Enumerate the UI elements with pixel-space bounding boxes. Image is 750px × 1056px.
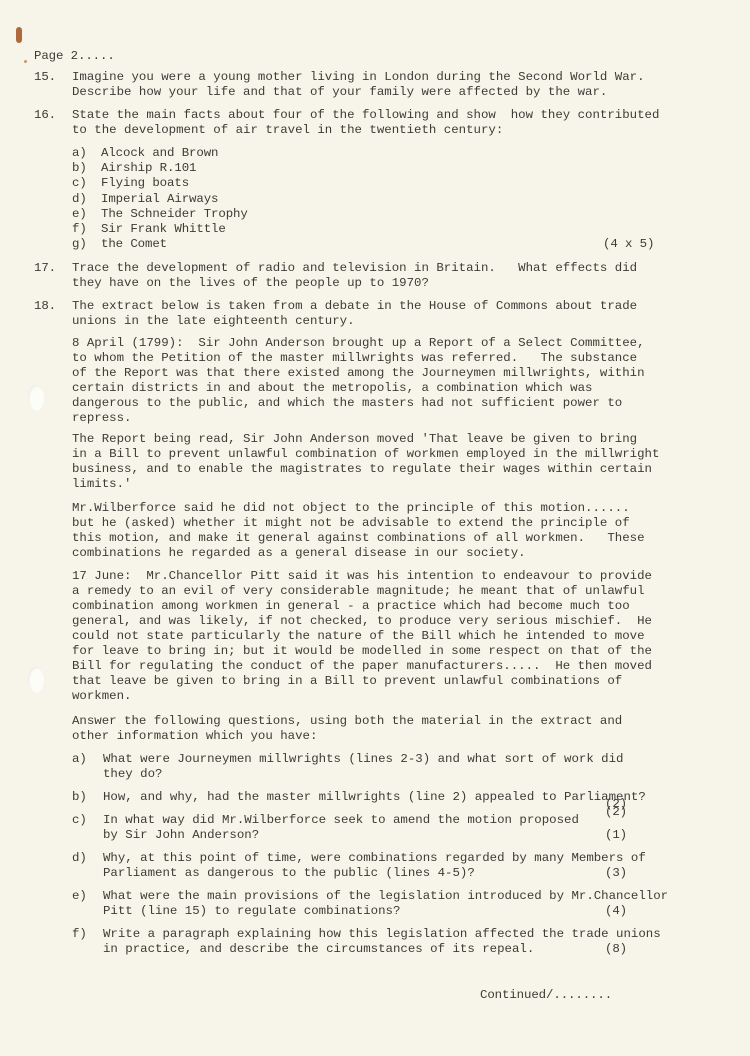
extract-line: this motion, and make it general against…	[72, 531, 645, 546]
sub-question-letter: a)	[72, 752, 87, 766]
extract-line: of the Report was that there existed amo…	[72, 366, 645, 381]
question-17-line: Trace the development of radio and telev…	[72, 261, 637, 276]
option-letter: f)	[72, 222, 87, 236]
question-18-intro: unions in the late eighteenth century.	[72, 314, 355, 329]
extract-line: in a Bill to prevent unlawful combinatio…	[72, 447, 659, 462]
extract-line: general, and was likely, if not checked,…	[72, 614, 652, 629]
option-letter: c)	[72, 176, 87, 190]
question-17-number: 17.	[34, 261, 56, 275]
question-17-line: they have on the lives of the people up …	[72, 276, 429, 291]
sub-question-marks: (2)	[605, 805, 627, 819]
option-text: The Schneider Trophy	[101, 207, 248, 221]
extract-line: dangerous to the public, and which the m…	[72, 396, 622, 411]
option-text: Flying boats	[101, 176, 189, 190]
sub-question-letter: f)	[72, 927, 87, 941]
sub-question-line: How, and why, had the master millwrights…	[103, 790, 646, 805]
extract-line: but he (asked) whether it might not be a…	[72, 516, 630, 531]
sub-question-letter: e)	[72, 889, 87, 903]
question-16-number: 16.	[34, 108, 56, 122]
extract-line: 8 April (1799): Sir John Anderson brough…	[72, 336, 645, 351]
sub-question-letter: c)	[72, 813, 87, 827]
extract-line: to whom the Petition of the master millw…	[72, 351, 637, 366]
extract-line: combinations he regarded as a general di…	[72, 546, 526, 561]
rust-speck	[24, 60, 27, 63]
sub-question-letter: d)	[72, 851, 87, 865]
extract-line: 17 June: Mr.Chancellor Pitt said it was …	[72, 569, 652, 584]
question-18-number: 18.	[34, 299, 56, 313]
question-18-intro: The extract below is taken from a debate…	[72, 299, 637, 314]
answer-instruction: other information which you have:	[72, 729, 317, 744]
sub-question-marks: (1)	[605, 828, 627, 842]
question-16-marks: (4 x 5)	[603, 237, 654, 251]
sub-question-line: in practice, and describe the circumstan…	[103, 942, 534, 957]
sub-question-line: Pitt (line 15) to regulate combinations?	[103, 904, 400, 919]
sub-question-marks: (4)	[605, 904, 627, 918]
continued-label: Continued/........	[480, 988, 612, 1002]
option-text: Sir Frank Whittle	[101, 222, 226, 236]
question-16-line: to the development of air travel in the …	[72, 123, 503, 138]
sub-question-marks: (3)	[605, 866, 627, 880]
sub-question-line: Write a paragraph explaining how this le…	[103, 927, 661, 942]
option-letter: g)	[72, 237, 87, 251]
extract-line: business, and to enable the magistrates …	[72, 462, 652, 477]
extract-line: Bill for regulating the conduct of the p…	[72, 659, 652, 674]
extract-line: repress.	[72, 411, 132, 426]
option-text: Alcock and Brown	[101, 146, 218, 160]
exam-page: Page 2..... 15. Imagine you were a young…	[0, 0, 750, 1056]
rust-stain	[16, 27, 22, 43]
punch-hole-upper	[28, 385, 44, 411]
sub-question-line: What were Journeymen millwrights (lines …	[103, 752, 624, 767]
option-letter: b)	[72, 161, 87, 175]
option-letter: d)	[72, 192, 87, 206]
extract-line: certain districts in and about the metro…	[72, 381, 593, 396]
answer-instruction: Answer the following questions, using bo…	[72, 714, 622, 729]
option-letter: e)	[72, 207, 87, 221]
sub-question-line: they do?	[103, 767, 163, 782]
option-letter: a)	[72, 146, 87, 160]
question-16-line: State the main facts about four of the f…	[72, 108, 659, 123]
extract-line: limits.'	[72, 477, 132, 492]
option-text: Airship R.101	[101, 161, 196, 175]
extract-line: combination among workmen in general - a…	[72, 599, 630, 614]
sub-question-letter: b)	[72, 790, 87, 804]
extract-line: Mr.Wilberforce said he did not object to…	[72, 501, 630, 516]
question-15-line: Imagine you were a young mother living i…	[72, 70, 645, 85]
question-15-line: Describe how your life and that of your …	[72, 85, 607, 100]
sub-question-line: Why, at this point of time, were combina…	[103, 851, 646, 866]
page-label: Page 2.....	[34, 49, 115, 63]
sub-question-marks: (8)	[605, 942, 627, 956]
sub-question-line: In what way did Mr.Wilberforce seek to a…	[103, 813, 579, 828]
extract-line: a remedy to an evil of very considerable…	[72, 584, 645, 599]
extract-line: workmen.	[72, 689, 132, 704]
sub-question-line: Parliament as dangerous to the public (l…	[103, 866, 475, 881]
sub-question-line: by Sir John Anderson?	[103, 828, 259, 843]
extract-line: could not state particularly the nature …	[72, 629, 645, 644]
question-15-number: 15.	[34, 70, 56, 84]
punch-hole-lower	[28, 667, 44, 693]
sub-question-line: What were the main provisions of the leg…	[103, 889, 668, 904]
extract-line: that leave be given to bring in a Bill t…	[72, 674, 622, 689]
option-text: Imperial Airways	[101, 192, 218, 206]
extract-line: for leave to bring in; but it would be m…	[72, 644, 652, 659]
option-text: the Comet	[101, 237, 167, 251]
extract-line: The Report being read, Sir John Anderson…	[72, 432, 637, 447]
